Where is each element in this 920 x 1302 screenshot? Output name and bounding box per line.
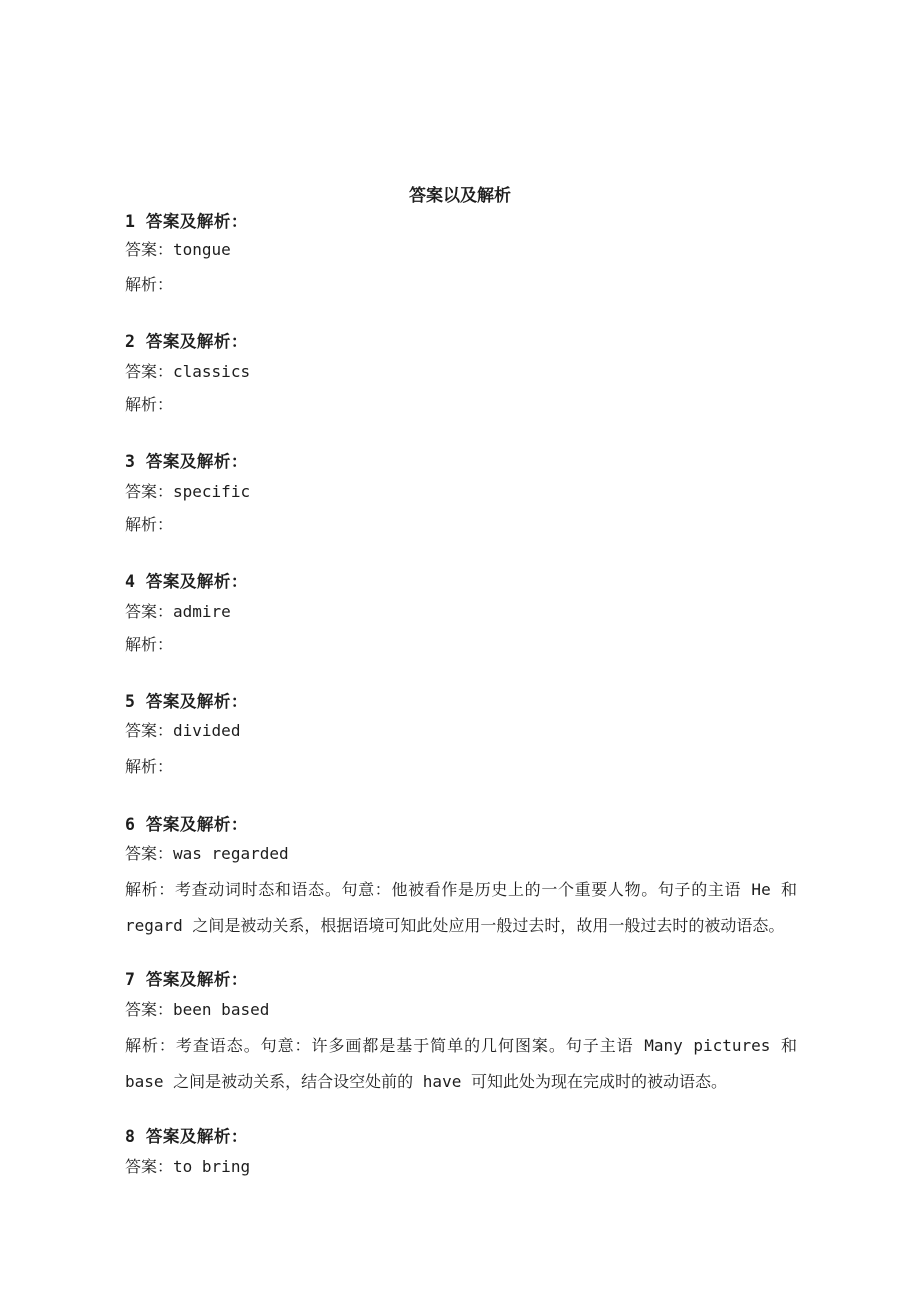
section-3-heading: 3 答案及解析： bbox=[125, 452, 248, 472]
answer-value: classics bbox=[173, 362, 250, 381]
analysis-label: 解析： bbox=[125, 275, 173, 294]
section-2-heading: 2 答案及解析： bbox=[125, 332, 248, 352]
section-6-analysis-row: 解析：考查动词时态和语态。句意：他被看作是历史上的一个重要人物。句子的主语 He… bbox=[125, 872, 797, 944]
section-5-heading: 5 答案及解析： bbox=[125, 692, 248, 712]
page-title: 答案以及解析 bbox=[0, 186, 920, 206]
answer-label: 答案： bbox=[125, 844, 173, 863]
analysis-value: 考查动词时态和语态。句意：他被看作是历史上的一个重要人物。句子的主语 He 和 … bbox=[125, 880, 797, 935]
answer-label: 答案： bbox=[125, 1157, 173, 1176]
answer-value: tongue bbox=[173, 240, 231, 259]
document-page: 答案以及解析 1 答案及解析： 答案：tongue 解析： 2 答案及解析： 答… bbox=[0, 0, 920, 1302]
section-3-analysis-row: 解析： bbox=[125, 515, 173, 535]
section-7-heading: 7 答案及解析： bbox=[125, 970, 248, 990]
section-1-answer-row: 答案：tongue bbox=[125, 240, 231, 260]
section-5-analysis-row: 解析： bbox=[125, 757, 173, 777]
answer-label: 答案： bbox=[125, 240, 173, 259]
answer-value: divided bbox=[173, 721, 240, 740]
section-3-answer-row: 答案：specific bbox=[125, 482, 250, 502]
section-8-heading: 8 答案及解析： bbox=[125, 1127, 248, 1147]
analysis-label: 解析： bbox=[125, 880, 175, 899]
section-4-analysis-row: 解析： bbox=[125, 635, 173, 655]
answer-value: was regarded bbox=[173, 844, 289, 863]
answer-value: specific bbox=[173, 482, 250, 501]
section-7-answer-row: 答案：been based bbox=[125, 1000, 269, 1020]
analysis-label: 解析： bbox=[125, 395, 173, 414]
section-4-answer-row: 答案：admire bbox=[125, 602, 231, 622]
section-1-analysis-row: 解析： bbox=[125, 275, 173, 295]
analysis-label: 解析： bbox=[125, 1036, 176, 1055]
section-1-heading: 1 答案及解析： bbox=[125, 212, 248, 232]
answer-value: admire bbox=[173, 602, 231, 621]
analysis-label: 解析： bbox=[125, 635, 173, 654]
section-8-answer-row: 答案：to bring bbox=[125, 1157, 250, 1177]
analysis-value: 考查语态。句意：许多画都是基于简单的几何图案。句子主语 Many picture… bbox=[125, 1036, 797, 1091]
section-6-answer-row: 答案：was regarded bbox=[125, 844, 289, 864]
answer-label: 答案： bbox=[125, 362, 173, 381]
section-7-analysis-row: 解析：考查语态。句意：许多画都是基于简单的几何图案。句子主语 Many pict… bbox=[125, 1028, 797, 1100]
section-6-heading: 6 答案及解析： bbox=[125, 815, 248, 835]
section-2-answer-row: 答案：classics bbox=[125, 362, 250, 382]
section-2-analysis-row: 解析： bbox=[125, 395, 173, 415]
section-4-heading: 4 答案及解析： bbox=[125, 572, 248, 592]
analysis-label: 解析： bbox=[125, 515, 173, 534]
answer-label: 答案： bbox=[125, 721, 173, 740]
answer-label: 答案： bbox=[125, 1000, 173, 1019]
answer-value: been based bbox=[173, 1000, 269, 1019]
answer-label: 答案： bbox=[125, 482, 173, 501]
answer-value: to bring bbox=[173, 1157, 250, 1176]
analysis-label: 解析： bbox=[125, 757, 173, 776]
answer-label: 答案： bbox=[125, 602, 173, 621]
section-5-answer-row: 答案：divided bbox=[125, 721, 240, 741]
